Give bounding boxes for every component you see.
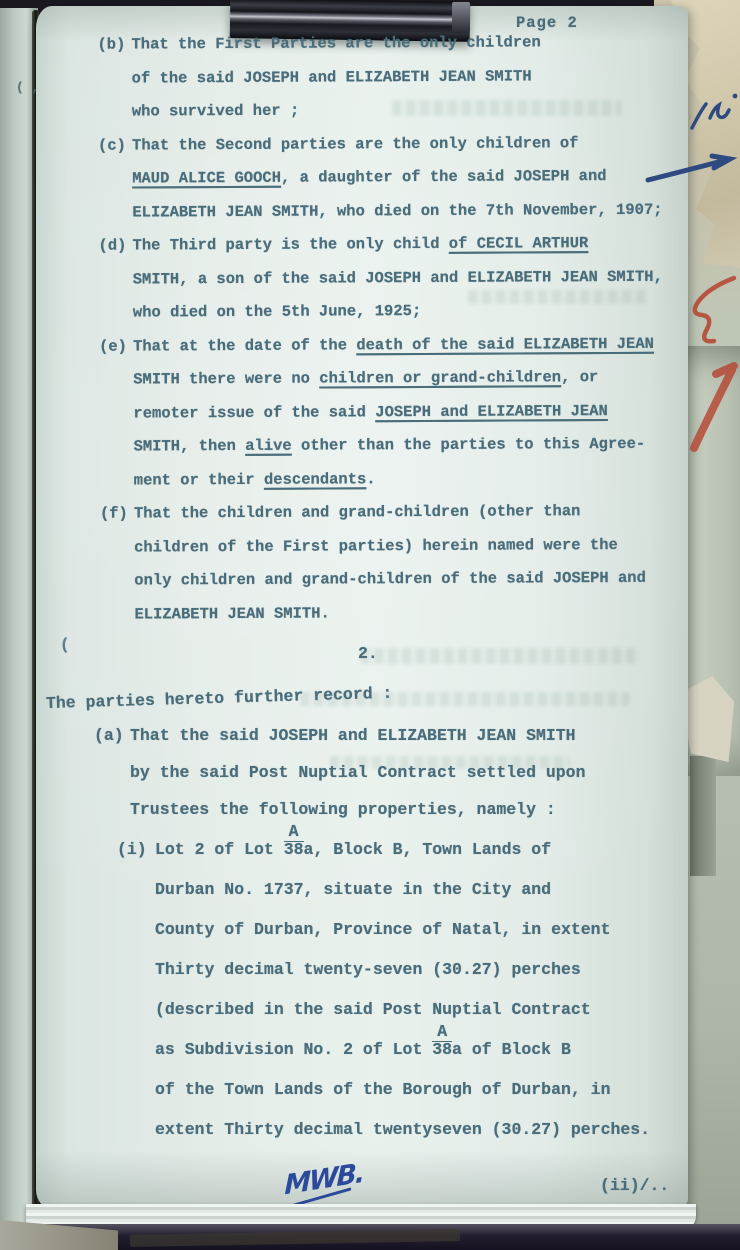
text-segment: The Third party is the only child — [132, 235, 448, 255]
text-segment: ELIZABETH JEAN SMITH. — [134, 604, 329, 623]
text-segment: That at the date of the — [133, 336, 356, 355]
text-line: That the First Parties are the only chil… — [131, 32, 706, 69]
text-line: remoter issue of the said JOSEPH and ELI… — [133, 401, 708, 438]
underlined-text: descendants — [264, 470, 366, 489]
text-segment: who survived her ; — [132, 102, 300, 121]
text-segment: extent Thirty decimal twentyseven (30.27… — [155, 1120, 650, 1139]
text-line: ment or their descendants. — [134, 468, 709, 505]
binder-clip-edge — [452, 2, 470, 32]
clause-c: (c)That the Second parties are the only … — [132, 133, 708, 237]
text-segment: That the Second parties are the only chi… — [132, 134, 579, 154]
stray-paren-mark: ( — [60, 636, 70, 654]
text-line: as Subdivision No. 2 of Lot A38a of Bloc… — [155, 1040, 715, 1080]
clause-d: (d)The Third party is the only child of … — [132, 233, 708, 337]
text-segment: SMITH there were no — [133, 370, 319, 389]
text-segment: That the children and grand-children (ot… — [134, 502, 581, 522]
text-line: SMITH, then alive other than the parties… — [134, 434, 709, 471]
text-line: ELIZABETH JEAN SMITH. — [134, 602, 709, 639]
clause-label: (a) — [94, 726, 124, 745]
text-line: That the Second parties are the only chi… — [132, 133, 707, 170]
text-segment: Thirty decimal twenty-seven (30.27) perc… — [155, 960, 581, 979]
ink-bleedthrough — [360, 648, 640, 664]
text-segment: , or — [561, 368, 598, 386]
text-segment: of the Town Lands of the Borough of Durb… — [155, 1080, 610, 1099]
text-line: of the said JOSEPH and ELIZABETH JEAN SM… — [132, 66, 707, 103]
text-line: SMITH, a son of the said JOSEPH and ELIZ… — [133, 267, 708, 304]
text-segment: who died on the 5th June, 1925; — [133, 302, 421, 322]
text-line: by the said Post Nuptial Contract settle… — [130, 763, 690, 800]
clause-b: (b)That the First Parties are the only c… — [131, 32, 707, 136]
underlined-text: children or grand-children — [319, 368, 561, 387]
clause-label: (f) — [100, 505, 128, 523]
text-segment: SMITH, then — [134, 437, 246, 456]
text-line: who died on the 5th June, 1925; — [133, 300, 708, 337]
section-number: 2. — [358, 644, 378, 663]
text-segment: ELIZABETH JEAN SMITH, who died on the 7t… — [132, 200, 662, 221]
text-line: That at the date of the death of the sai… — [133, 334, 708, 371]
underlined-text: of CECIL ARTHUR — [449, 234, 589, 253]
property-item-block: (i)Lot 2 of Lot A38a, Block B, Town Land… — [155, 840, 715, 1160]
text-line: who survived her ; — [132, 99, 707, 136]
lot-number-correction: A38a — [284, 840, 314, 859]
underlined-text: MAUD ALICE GOOCH — [132, 169, 281, 188]
catchword: (ii)/.. — [600, 1176, 669, 1195]
text-segment: of the said JOSEPH and ELIZABETH JEAN SM… — [132, 67, 532, 87]
text-line: ELIZABETH JEAN SMITH, who died on the 7t… — [132, 200, 707, 237]
text-segment: Trustees the following properties, namel… — [130, 800, 556, 819]
text-segment: ment or their — [134, 470, 264, 489]
page-number: Page 2 — [516, 14, 578, 32]
clause-i: (i)Lot 2 of Lot A38a, Block B, Town Land… — [155, 840, 715, 1160]
text-segment: as Subdivision No. 2 of Lot — [155, 1040, 432, 1059]
text-segment: County of Durban, Province of Natal, in … — [155, 920, 610, 939]
underlined-text: JOSEPH and ELIZABETH JEAN — [375, 402, 608, 421]
text-line: children of the First parties) herein na… — [134, 535, 709, 572]
scanned-document-photo: Page 2 (b)That the First Parties are the… — [0, 0, 740, 1250]
text-line: SMITH there were no children or grand-ch… — [133, 367, 708, 404]
text-line: Durban No. 1737, situate in the City and — [155, 880, 715, 920]
lot-number-correction: A38a — [432, 1040, 462, 1059]
text-line: of the Town Lands of the Borough of Durb… — [155, 1080, 715, 1120]
text-segment: Durban No. 1737, situate in the City and — [155, 880, 551, 899]
clause-f: (f)That the children and grand-children … — [134, 501, 710, 638]
text-segment: Lot 2 of Lot — [155, 840, 284, 859]
blue-pen-squiggle-icon — [640, 84, 740, 194]
text-line: County of Durban, Province of Natal, in … — [155, 920, 715, 960]
clause-label: (e) — [99, 337, 127, 355]
text-line: extent Thirty decimal twentyseven (30.27… — [155, 1120, 715, 1160]
text-line: Thirty decimal twenty-seven (30.27) perc… — [155, 960, 715, 1000]
underlined-text: alive — [245, 437, 292, 455]
clause-a: (a)That the said JOSEPH and ELIZABETH JE… — [130, 726, 690, 837]
text-line: That the children and grand-children (ot… — [134, 501, 709, 538]
faint-margin-mark: ( , — [16, 80, 39, 95]
clause-label: (d) — [98, 237, 126, 255]
underlined-text: death of the said ELIZABETH JEAN — [356, 334, 654, 354]
text-line: That the said JOSEPH and ELIZABETH JEAN … — [130, 726, 690, 763]
text-line: Lot 2 of Lot A38a, Block B, Town Lands o… — [155, 840, 715, 880]
text-segment: , a daughter of the said JOSEPH and — [281, 167, 607, 187]
text-line: The Third party is the only child of CEC… — [132, 233, 707, 270]
text-segment: (described in the said Post Nuptial Cont… — [155, 1000, 591, 1019]
text-line: MAUD ALICE GOOCH, a daughter of the said… — [132, 166, 707, 203]
text-segment: SMITH, a son of the said JOSEPH and ELIZ… — [133, 267, 663, 288]
text-segment: That the First Parties are the only chil… — [131, 33, 540, 53]
clause-e: (e)That at the date of the death of the … — [133, 334, 709, 505]
text-segment: . — [366, 470, 375, 488]
red-pen-scrawl-icon — [668, 266, 740, 466]
clause-label: (b) — [97, 36, 125, 54]
clause-label: (c) — [98, 136, 126, 154]
text-segment: children of the First parties) herein na… — [134, 535, 618, 556]
text-segment: other than the parties to this Agree- — [292, 435, 646, 455]
clauses-block: (b)That the First Parties are the only c… — [131, 32, 709, 638]
text-segment: of Block B — [462, 1040, 571, 1059]
record-clause-block: (a)That the said JOSEPH and ELIZABETH JE… — [130, 726, 690, 837]
text-segment: only children and grand-children of the … — [134, 569, 646, 590]
text-segment: by the said Post Nuptial Contract settle… — [130, 763, 585, 782]
text-line: Trustees the following properties, namel… — [130, 800, 690, 837]
text-line: only children and grand-children of the … — [134, 568, 709, 605]
text-segment: , Block B, Town Lands of — [313, 840, 551, 859]
text-segment: That the said JOSEPH and ELIZABETH JEAN … — [130, 726, 576, 745]
text-segment: remoter issue of the said — [133, 403, 375, 422]
clause-label: (i) — [117, 840, 147, 859]
